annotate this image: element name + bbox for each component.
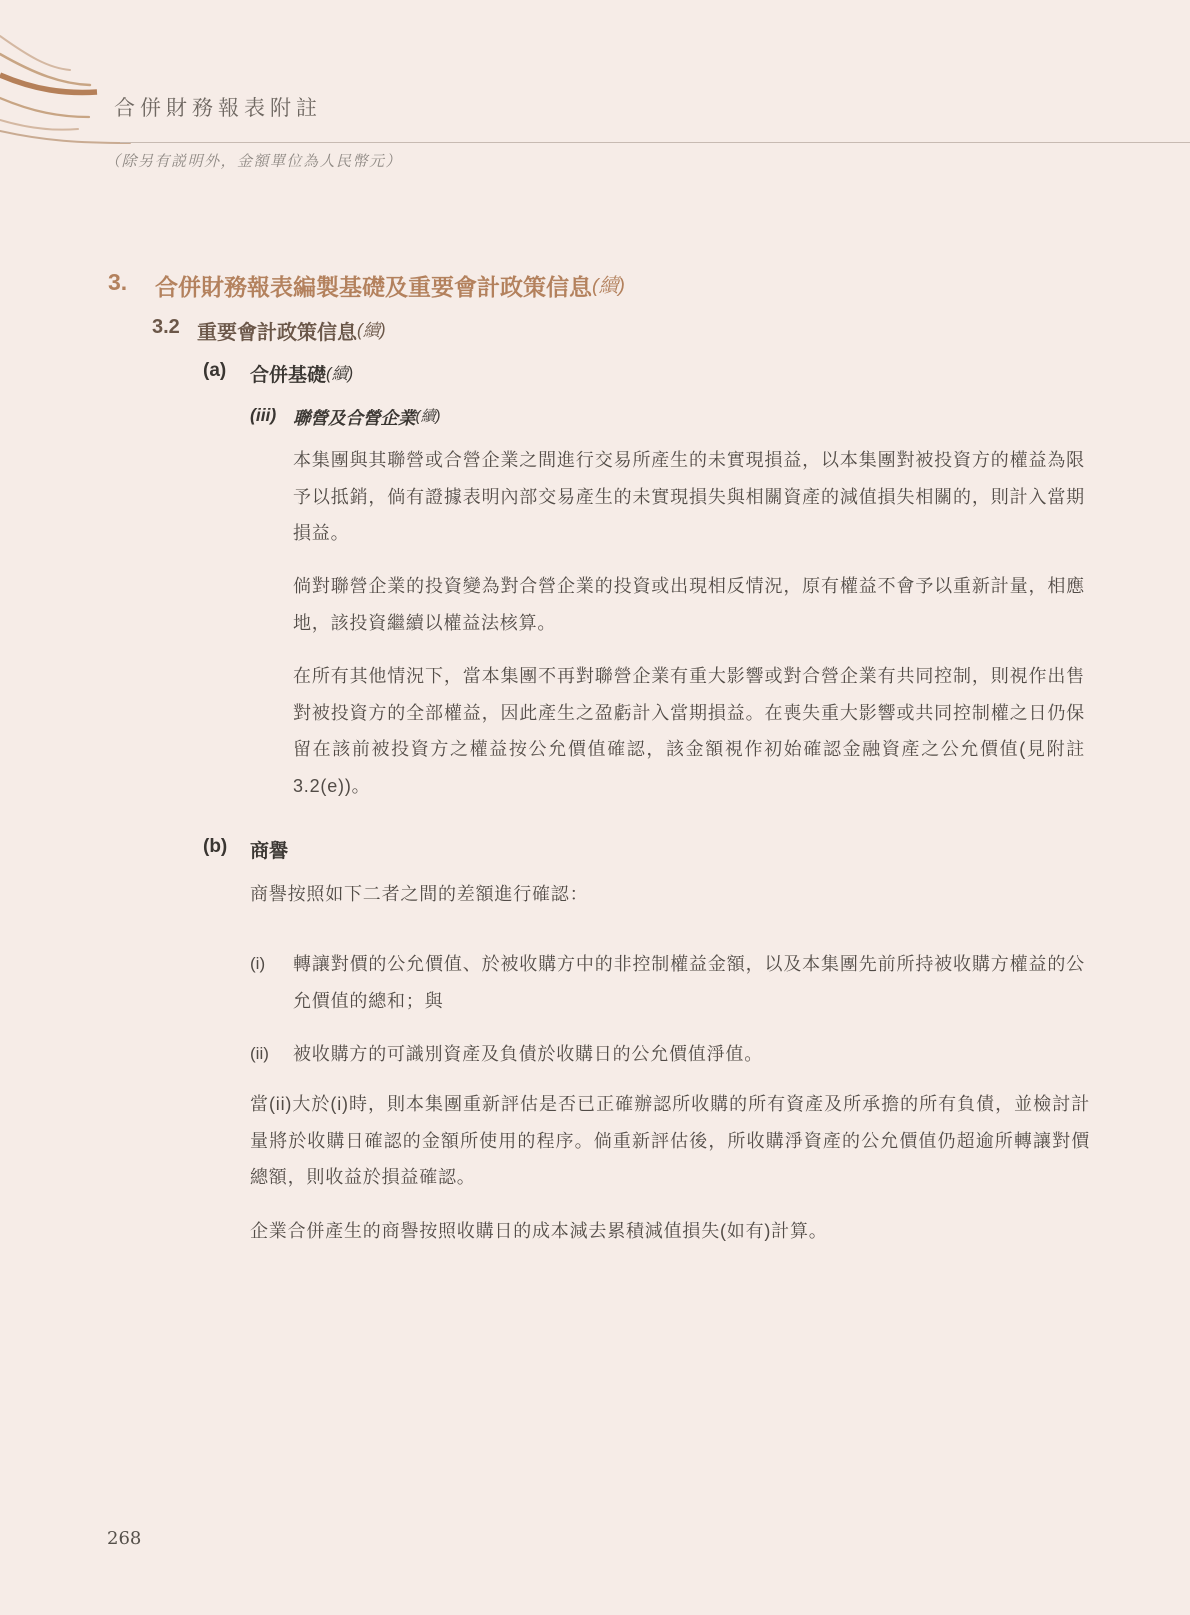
section-heading: 3. 合併財務報表編製基礎及重要會計政策信息 (續) (108, 269, 625, 302)
header-divider (120, 142, 1190, 143)
item-iii-continued-mark: (續) (416, 405, 441, 426)
paragraph: 在所有其他情況下，當本集團不再對聯營企業有重大影響或對合營企業有共同控制，則視作… (293, 658, 1085, 804)
list-item: (i) 轉讓對價的公允價值、於被收購方中的非控制權益金額，以及本集團先前所持被收… (250, 946, 1085, 1019)
paragraph: 企業合併產生的商譽按照收購日的成本減去累積減值損失(如有)計算。 (250, 1213, 1090, 1250)
page-subtitle: （除另有説明外，金額單位為人民幣元） (105, 150, 402, 171)
item-b-label: (b) (203, 836, 250, 863)
section-number: 3. (108, 269, 155, 302)
page-number: 268 (107, 1528, 141, 1549)
paragraph: 本集團與其聯營或合營企業之間進行交易所產生的未實現損益，以本集團對被投資方的權益… (293, 442, 1085, 552)
list-item-label: (ii) (250, 1036, 293, 1073)
list-item-text: 被收購方的可識別資產及負債於收購日的公允價值淨值。 (293, 1036, 1085, 1073)
item-iii-label: (iii) (250, 405, 293, 430)
item-a-label: (a) (203, 360, 250, 387)
paragraph: 當(ii)大於(i)時，則本集團重新評估是否已正確辦認所收購的所有資產及所承擔的… (250, 1086, 1090, 1196)
list-item-text: 轉讓對價的公允價值、於被收購方中的非控制權益金額，以及本集團先前所持被收購方權益… (293, 946, 1085, 1019)
item-iii-title: 聯營及合營企業 (293, 405, 416, 430)
document-page: 合併財務報表附註 （除另有説明外，金額單位為人民幣元） 3. 合併財務報表編製基… (0, 0, 1190, 1615)
subsection-number: 3.2 (152, 316, 197, 345)
page-title: 合併財務報表附註 (114, 92, 322, 122)
item-b-heading: (b) 商譽 (203, 836, 288, 863)
subsection-title: 重要會計政策信息 (197, 316, 357, 345)
subsection-continued-mark: (續) (357, 316, 386, 341)
list-item: (ii) 被收購方的可識別資產及負債於收購日的公允價值淨值。 (250, 1036, 1085, 1073)
item-iii-heading: (iii) 聯營及合營企業 (續) (250, 405, 441, 430)
subsection-heading: 3.2 重要會計政策信息 (續) (152, 316, 386, 345)
section-continued-mark: (續) (592, 269, 625, 298)
section-title: 合併財務報表編製基礎及重要會計政策信息 (155, 269, 592, 302)
list-item-label: (i) (250, 946, 293, 1019)
item-b-title: 商譽 (250, 836, 288, 863)
item-a-heading: (a) 合併基礎 (續) (203, 360, 353, 387)
paragraph: 倘對聯營企業的投資變為對合營企業的投資或出現相反情況，原有權益不會予以重新計量，… (293, 568, 1085, 641)
item-a-title: 合併基礎 (250, 360, 326, 387)
item-a-continued-mark: (續) (326, 360, 353, 384)
paragraph: 商譽按照如下二者之間的差額進行確認： (250, 876, 1090, 913)
